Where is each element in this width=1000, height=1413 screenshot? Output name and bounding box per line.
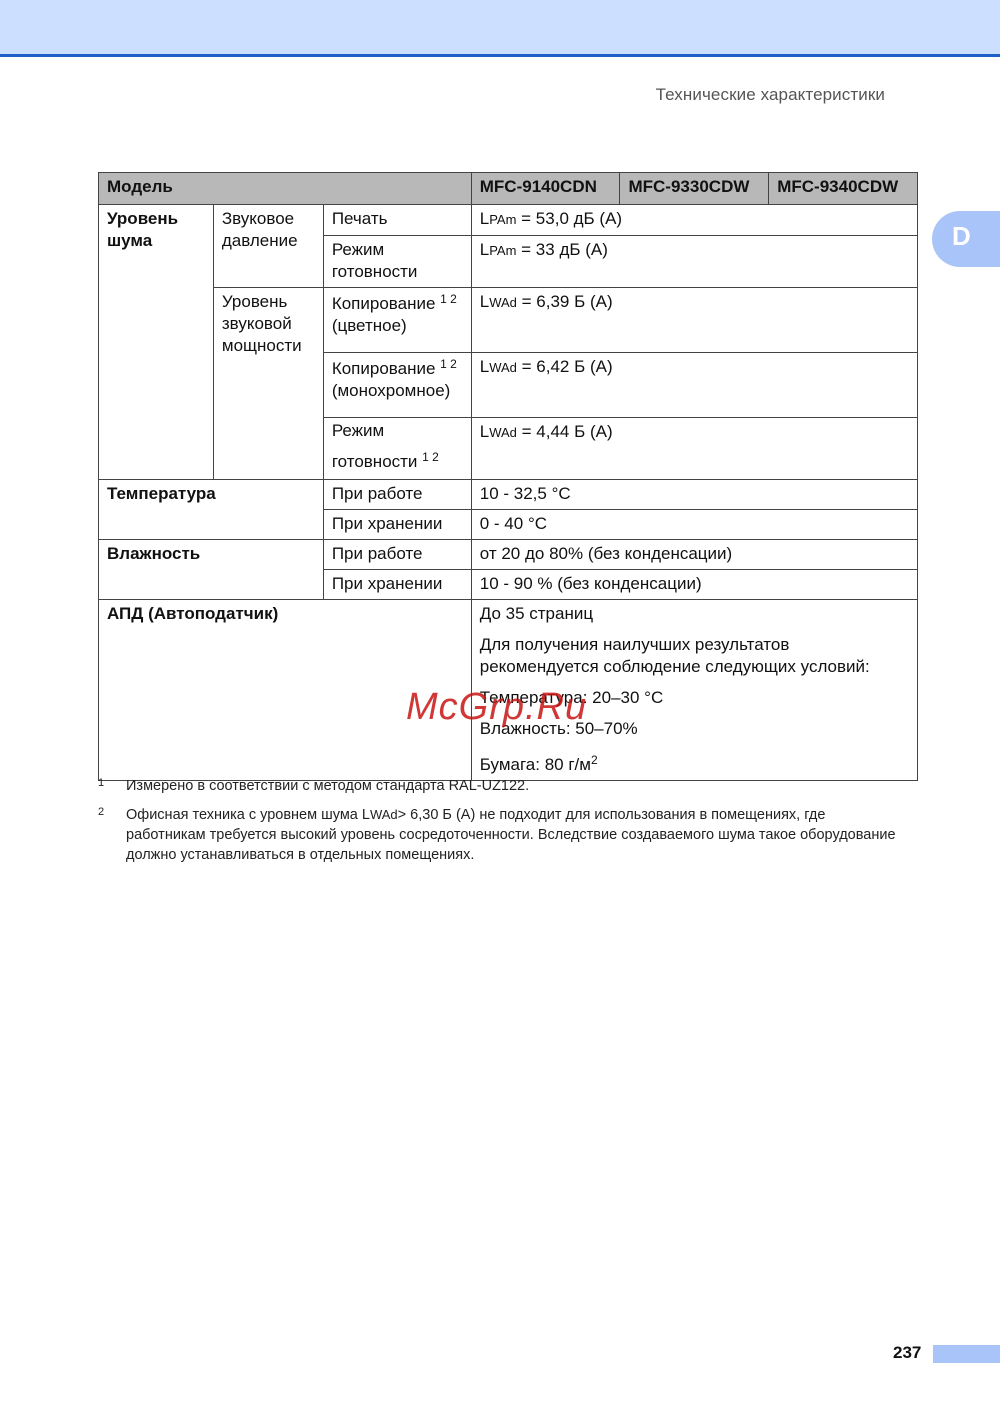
ready-value: LPAm = 33 дБ (A) [471, 236, 917, 288]
pressure-label: Звуковое давление [213, 205, 323, 288]
chapter-tab: D [932, 211, 1000, 267]
power-ready-value: LWAd = 4,44 Б (A) [471, 418, 917, 480]
copy-mono-value: LWAd = 6,42 Б (A) [471, 353, 917, 418]
footnote: 2Офисная техника с уровнем шума LWAd> 6,… [98, 805, 898, 865]
chapter-letter: D [952, 221, 971, 252]
model-column: MFC-9340CDW [769, 173, 918, 205]
adf-recommendation: Для получения наилучших результатов реко… [480, 634, 909, 678]
temp-storage-label: При хранении [323, 510, 471, 540]
top-header-band [0, 0, 1000, 57]
page-number: 237 [893, 1343, 921, 1363]
table-row: Температура При работе 10 - 32,5 °C [99, 480, 918, 510]
adf-paper: Бумага: 80 г/м2 [480, 749, 909, 776]
watermark: McGrp.Ru [406, 686, 587, 729]
temp-storage-value: 0 - 40 °C [471, 510, 917, 540]
footnote: 1Измерено в соответствии с методом станд… [98, 776, 898, 796]
humidity-label: Влажность [99, 540, 324, 600]
hum-operating-label: При работе [323, 540, 471, 570]
page-number-bar [933, 1345, 1000, 1363]
table-row: Влажность При работе от 20 до 80% (без к… [99, 540, 918, 570]
copy-color-label: Копирование 1 2(цветное) [323, 288, 471, 353]
noise-label: Уровень шума [99, 205, 214, 480]
model-column: MFC-9140CDN [471, 173, 620, 205]
table-header-row: Модель MFC-9140CDN MFC-9330CDW MFC-9340C… [99, 173, 918, 205]
power-ready-label: Режимготовности 1 2 [323, 418, 471, 480]
adf-capacity: До 35 страниц [480, 603, 909, 625]
print-value: LPAm = 53,0 дБ (A) [471, 205, 917, 236]
model-header: Модель [99, 173, 472, 205]
power-label: Уровень звуковой мощности [213, 288, 323, 480]
hum-storage-value: 10 - 90 % (без конденсации) [471, 570, 917, 600]
table-row: Уровень звуковой мощности Копирование 1 … [99, 288, 918, 353]
temp-operating-label: При работе [323, 480, 471, 510]
running-title: Технические характеристики [656, 85, 885, 105]
model-column: MFC-9330CDW [620, 173, 769, 205]
hum-operating-value: от 20 до 80% (без конденсации) [471, 540, 917, 570]
footnotes: 1Измерено в соответствии с методом станд… [98, 776, 898, 874]
hum-storage-label: При хранении [323, 570, 471, 600]
copy-color-value: LWAd = 6,39 Б (A) [471, 288, 917, 353]
temperature-label: Температура [99, 480, 324, 540]
ready-label: Режимготовности [323, 236, 471, 288]
print-label: Печать [323, 205, 471, 236]
temp-operating-value: 10 - 32,5 °C [471, 480, 917, 510]
table-row: Уровень шума Звуковое давление Печать LP… [99, 205, 918, 236]
copy-mono-label: Копирование 1 2(монохромное) [323, 353, 471, 418]
